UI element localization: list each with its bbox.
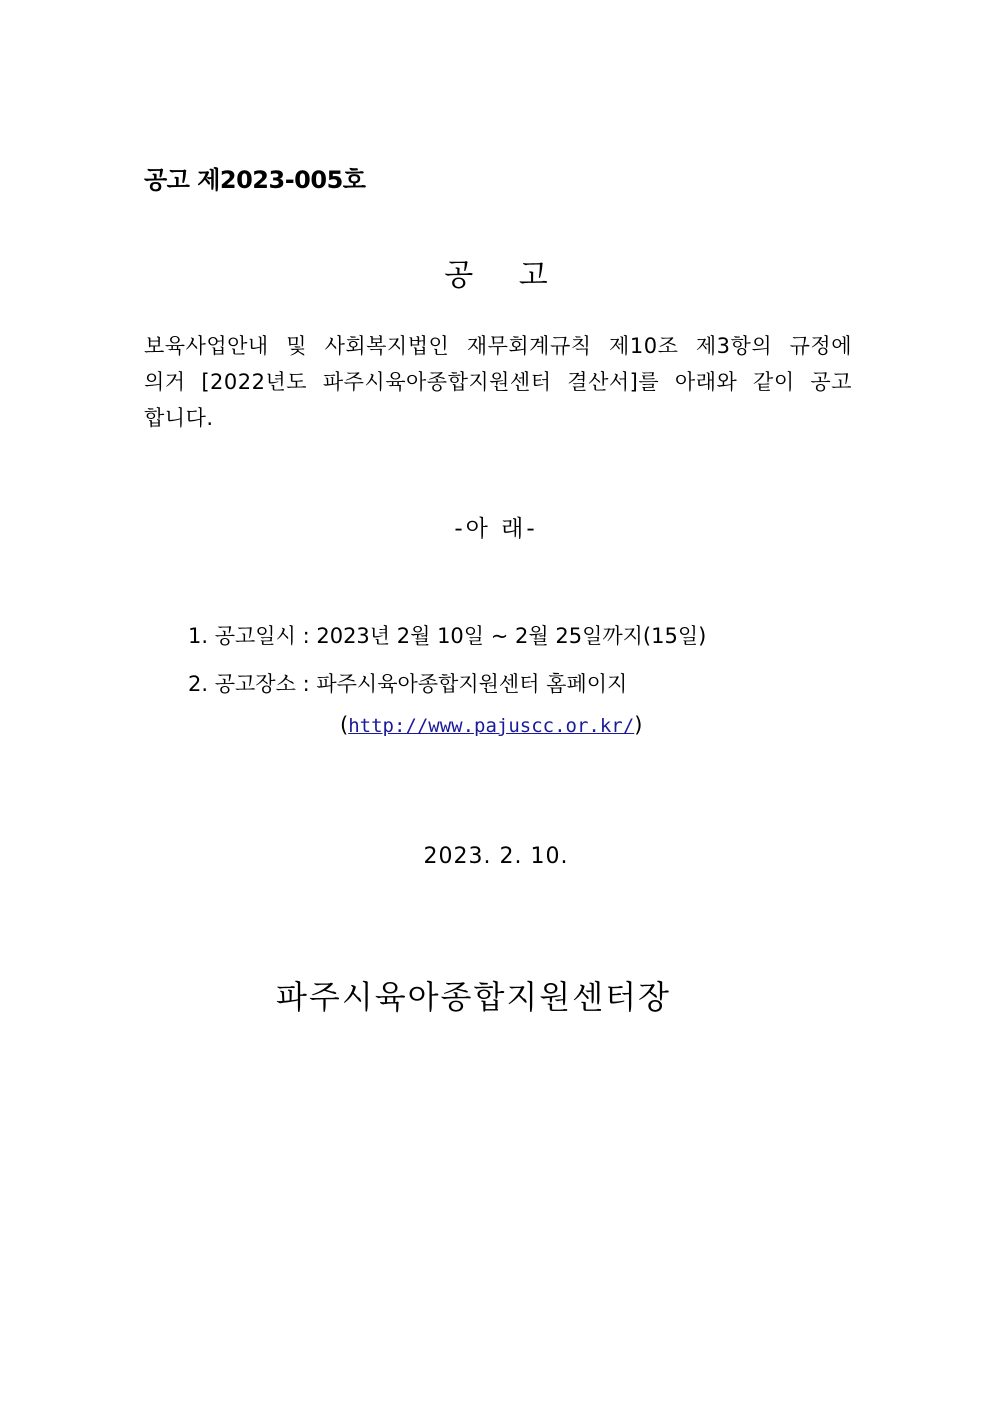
signature: 파주시육아종합지원센터장 [276, 972, 671, 1018]
announcement-list: 1. 공고일시 : 2023년 2월 10일 ~ 2월 25일까지(15일) 2… [188, 612, 706, 708]
item-value: 파주시육아종합지원센터 홈페이지 [316, 672, 627, 696]
document-number: 공고 제2023-005호 [144, 160, 365, 195]
open-paren: ( [340, 713, 348, 737]
item-separator: : [303, 624, 310, 648]
list-item-location: 2. 공고장소 : 파주시육아종합지원센터 홈페이지 [188, 660, 706, 708]
body-paragraph: 보육사업안내 및 사회복지법인 재무회계규칙 제10조 제3항의 규정에 의거 … [144, 328, 852, 436]
section-heading: -아 래- [0, 510, 992, 543]
paragraph-line: 합니다. [144, 400, 852, 436]
item-number: 1. [188, 624, 208, 648]
item-value: 2023년 2월 10일 ~ 2월 25일까지(15일) [316, 624, 706, 648]
document-title: 공 고 [0, 250, 992, 294]
item-number: 2. [188, 672, 208, 696]
item-separator: : [303, 672, 310, 696]
close-paren: ) [634, 713, 642, 737]
list-item-date: 1. 공고일시 : 2023년 2월 10일 ~ 2월 25일까지(15일) [188, 612, 706, 660]
paragraph-line: 의거 [2022년도 파주시육아종합지원센터 결산서]를 아래와 같이 공고 [144, 364, 852, 400]
website-link[interactable]: http://www.pajuscc.or.kr/ [348, 715, 634, 737]
announcement-date: 2023. 2. 10. [0, 844, 992, 869]
website-link-line: (http://www.pajuscc.or.kr/) [340, 708, 642, 743]
item-label: 공고장소 [215, 672, 296, 696]
item-label: 공고일시 [215, 624, 296, 648]
paragraph-line: 보육사업안내 및 사회복지법인 재무회계규칙 제10조 제3항의 규정에 [144, 328, 852, 364]
